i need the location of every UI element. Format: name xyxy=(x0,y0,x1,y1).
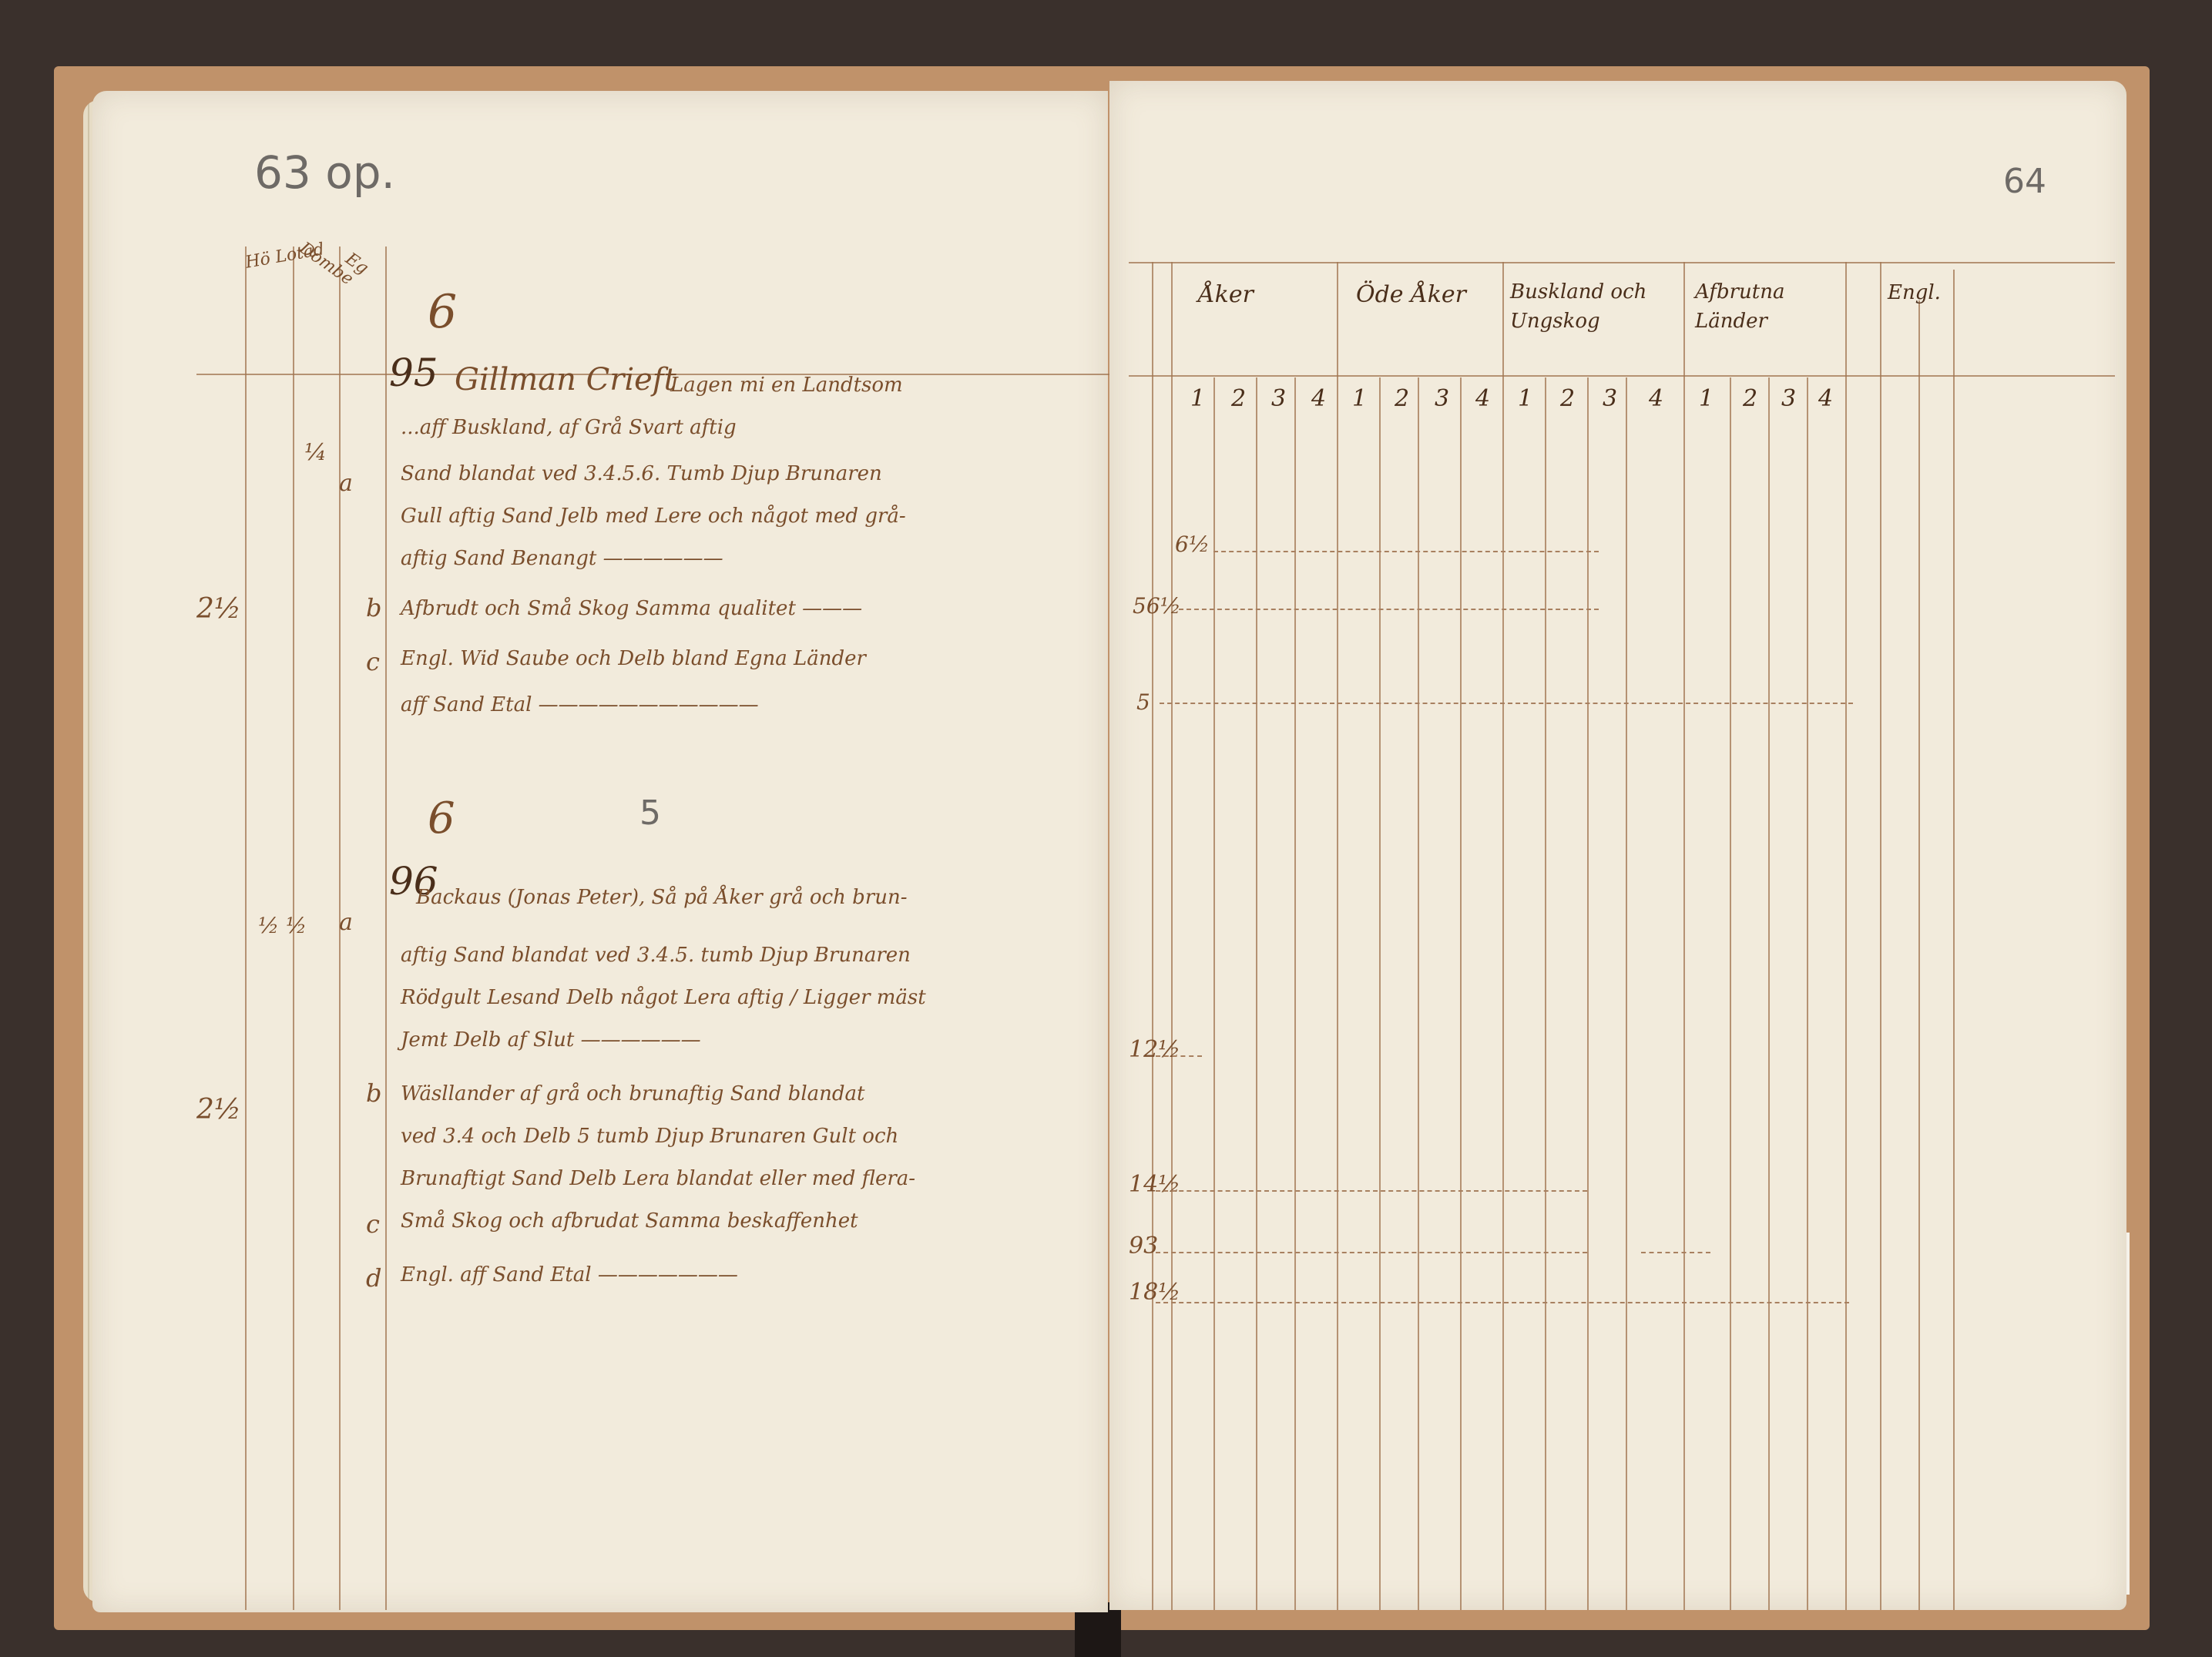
subcol: 4 xyxy=(1475,385,1490,412)
grid-line xyxy=(1545,377,1546,1610)
side-mark: 2½ xyxy=(196,593,241,625)
grid-line xyxy=(1845,262,1847,1610)
col-header-afbrutna: Afbrutna Länder xyxy=(1695,277,1834,336)
right-page-number: 64 xyxy=(2003,162,2046,201)
entry-name: Gillman Crieft xyxy=(455,362,676,397)
subcol: 2 xyxy=(1743,385,1757,412)
subcol: 1 xyxy=(1699,385,1714,412)
margin-column-line xyxy=(245,247,247,1610)
part-label-a: a xyxy=(339,470,353,497)
col-header-aker: Åker xyxy=(1198,281,1254,308)
subcol: 1 xyxy=(1352,385,1367,412)
row-total: 6½ xyxy=(1175,532,1210,557)
entry-text-line: Engl. aff Sand Etal ——————— xyxy=(401,1263,738,1286)
grid-line xyxy=(1730,377,1731,1610)
subcol: 3 xyxy=(1435,385,1449,412)
col-header-engl: Engl. xyxy=(1888,281,1941,304)
subcol: 3 xyxy=(1603,385,1617,412)
grid-line xyxy=(1502,262,1504,1610)
entry-text-line: Lagen mi en Landtsom xyxy=(670,374,903,397)
grid-line xyxy=(1152,262,1153,1610)
dash-leader xyxy=(1156,1252,1587,1253)
section-mark: 6 xyxy=(428,285,457,339)
grid-line xyxy=(1379,377,1381,1610)
subcol: 4 xyxy=(1649,385,1663,412)
part-label-a: a xyxy=(339,909,353,936)
col-header-buskland: Buskland och Ungskog xyxy=(1510,277,1680,336)
side-mark: 2½ xyxy=(196,1094,241,1125)
grid-line xyxy=(1460,377,1462,1610)
section-mark: 6 xyxy=(428,793,455,844)
part-label-d: d xyxy=(366,1263,381,1293)
entry-text-line: Små Skog och afbrudat Samma beskaffenhet xyxy=(401,1209,858,1233)
dash-leader xyxy=(1156,1302,1849,1303)
entry-text-line: aftig Sand blandat ved 3.4.5. tumb Djup … xyxy=(401,944,911,967)
header-bottom-rule xyxy=(1129,375,2115,377)
dash-leader xyxy=(1179,609,1599,610)
grid-line xyxy=(1418,377,1419,1610)
row-total: 93 xyxy=(1129,1233,1158,1260)
col-header-ode-aker: Öde Åker xyxy=(1356,281,1466,308)
subcol: 1 xyxy=(1190,385,1205,412)
entry-text-line: aff Sand Etal ——————————— xyxy=(401,693,759,716)
row-total: 5 xyxy=(1136,689,1150,715)
part-label-c: c xyxy=(366,647,380,676)
entry-text-line: Afbrudt och Små Skog Samma qualitet ——— xyxy=(401,597,862,620)
margin-column-line xyxy=(385,247,387,1610)
dash-leader xyxy=(1641,1252,1710,1253)
dash-leader xyxy=(1160,703,1853,704)
part-label-c: c xyxy=(366,1209,380,1239)
subcol: 3 xyxy=(1781,385,1796,412)
margin-fraction: ½ ½ xyxy=(258,913,307,938)
grid-line xyxy=(1683,262,1685,1610)
grid-line xyxy=(1587,377,1589,1610)
pencil-mark: 5 xyxy=(639,793,661,833)
grid-line xyxy=(1171,262,1173,1610)
subcol: 3 xyxy=(1271,385,1286,412)
entry-text-line: Engl. Wid Saube och Delb bland Egna Länd… xyxy=(401,647,866,670)
entry-text-line: Wäsllander af grå och brunaftig Sand bla… xyxy=(401,1082,864,1105)
subcol: 2 xyxy=(1560,385,1575,412)
grid-line xyxy=(1953,270,1955,1610)
entry-text-line: ...aff Buskland, af Grå Svart aftig xyxy=(401,416,737,439)
grid-line xyxy=(1213,377,1215,1610)
grid-line xyxy=(1880,262,1881,1610)
subcol: 2 xyxy=(1395,385,1409,412)
grid-line xyxy=(1918,300,1920,1610)
header-top-rule xyxy=(1129,262,2115,263)
grid-line xyxy=(1294,377,1296,1610)
grid-line xyxy=(1626,377,1627,1610)
dash-leader xyxy=(1156,1190,1587,1192)
entry-text-line: aftig Sand Benangt —————— xyxy=(401,547,723,570)
dash-leader xyxy=(1213,551,1599,552)
subcol: 4 xyxy=(1818,385,1833,412)
entry-number: 95 xyxy=(389,351,438,395)
left-page-number: 63 op. xyxy=(254,146,395,199)
part-label-b: b xyxy=(366,593,381,622)
entry-text-line: Backaus (Jonas Peter), Så på Åker grå oc… xyxy=(416,886,908,909)
subcol: 4 xyxy=(1311,385,1326,412)
grid-line xyxy=(1768,377,1770,1610)
subcol: 1 xyxy=(1518,385,1532,412)
entry-text-line: Sand blandat ved 3.4.5.6. Tumb Djup Brun… xyxy=(401,462,882,485)
entry-text-line: Brunaftigt Sand Delb Lera blandat eller … xyxy=(401,1167,915,1190)
entry-text-line: Jemt Delb af Slut —————— xyxy=(401,1028,701,1052)
entry-text-line: Gull aftig Sand Jelb med Lere och något … xyxy=(401,505,906,528)
row-total: 56½ xyxy=(1133,593,1181,619)
row-total: 12½ xyxy=(1129,1036,1180,1063)
dash-leader xyxy=(1156,1055,1202,1057)
part-label-b: b xyxy=(366,1078,381,1108)
grid-line xyxy=(1256,377,1257,1610)
entry-text-line: ved 3.4 och Delb 5 tumb Djup Brunaren Gu… xyxy=(401,1125,898,1148)
subcol: 2 xyxy=(1231,385,1246,412)
grid-line xyxy=(1807,377,1808,1610)
row-total: 14½ xyxy=(1129,1171,1180,1198)
grid-line xyxy=(1337,262,1338,1610)
entry-text-line: Rödgult Lesand Delb något Lera aftig / L… xyxy=(401,986,926,1009)
margin-fraction: ¼ xyxy=(304,439,327,466)
